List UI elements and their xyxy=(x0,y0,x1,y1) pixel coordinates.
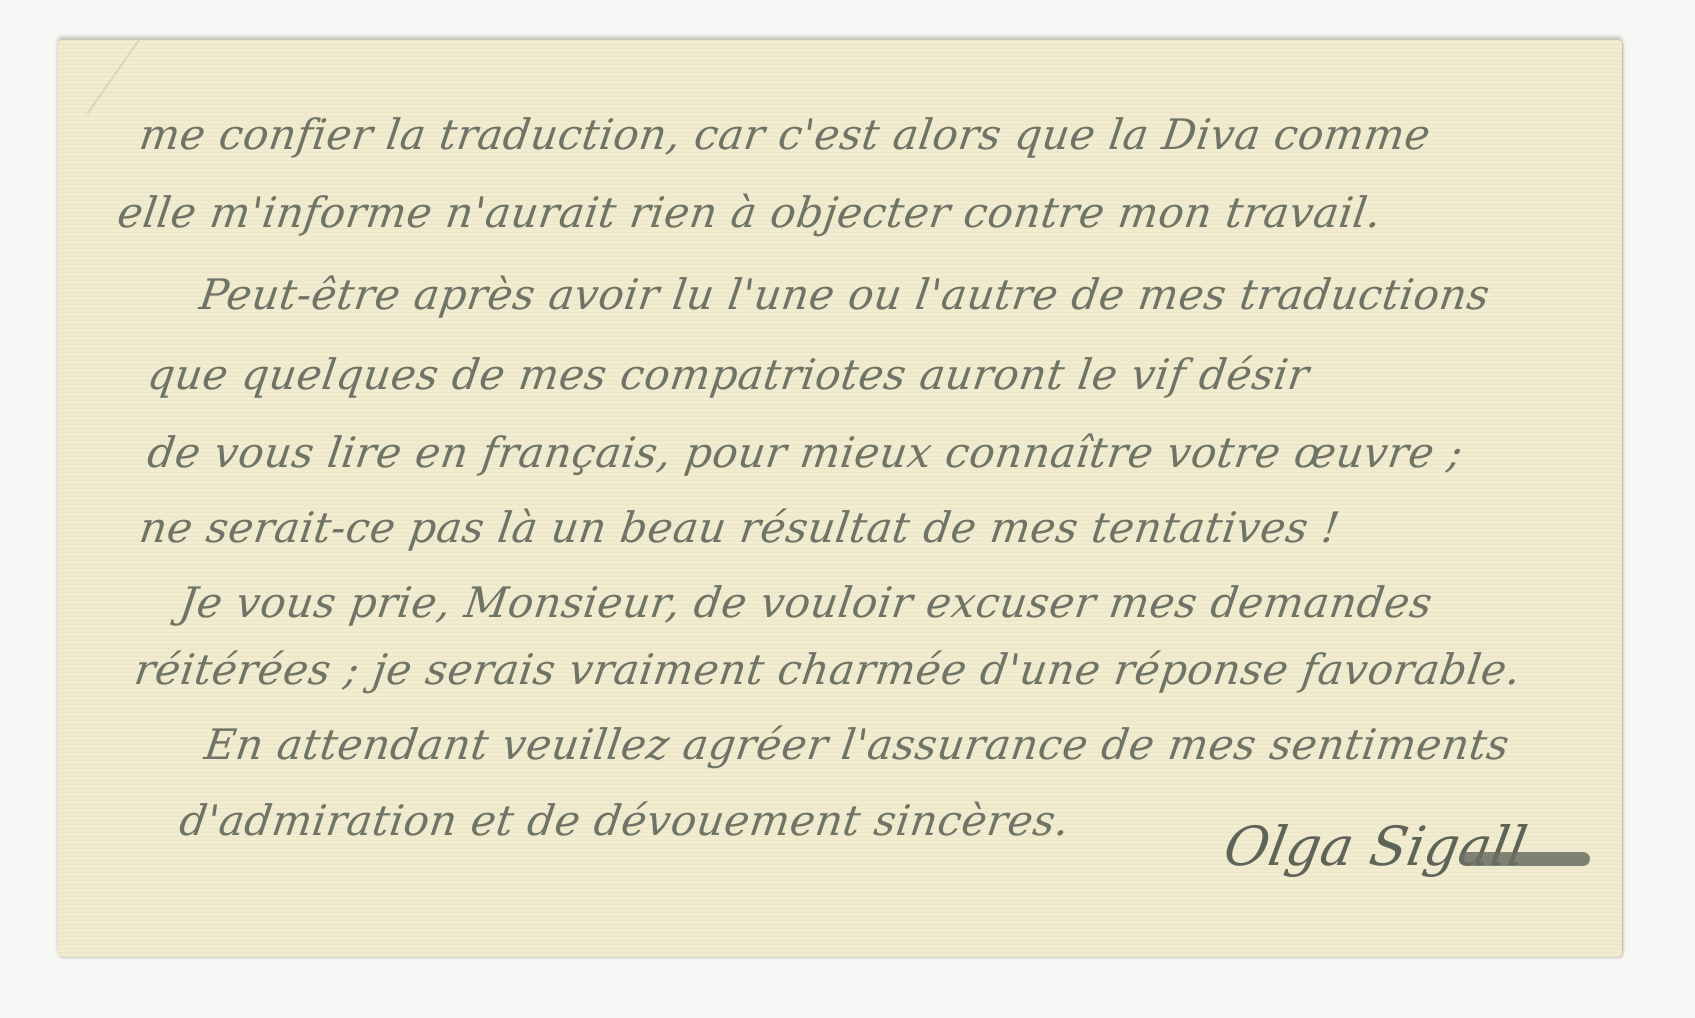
letter-line-8: réitérées ; je serais vraiment charmée d… xyxy=(132,645,1524,694)
signature-flourish xyxy=(1460,852,1590,866)
letter-line-6: ne serait-ce pas là un beau résultat de … xyxy=(137,503,1343,552)
letter-line-4: que quelques de mes compatriotes auront … xyxy=(145,350,1313,399)
letter-line-7: Je vous prie, Monsieur, de vouloir excus… xyxy=(177,578,1436,627)
letter-line-10: d'admiration et de dévouement sincères. xyxy=(177,796,1073,845)
letter-line-9: En attendant veuillez agréer l'assurance… xyxy=(202,720,1513,769)
letter-line-2: elle m'informe n'aurait rien à objecter … xyxy=(115,188,1385,237)
paper-crease xyxy=(87,39,140,114)
letter-line-1: me confier la traduction, car c'est alor… xyxy=(137,110,1434,159)
letter-line-5: de vous lire en français, pour mieux con… xyxy=(145,428,1467,477)
signature: Olga Sigall xyxy=(1219,815,1531,878)
letter-line-3: Peut-être après avoir lu l'une ou l'autr… xyxy=(197,270,1493,319)
